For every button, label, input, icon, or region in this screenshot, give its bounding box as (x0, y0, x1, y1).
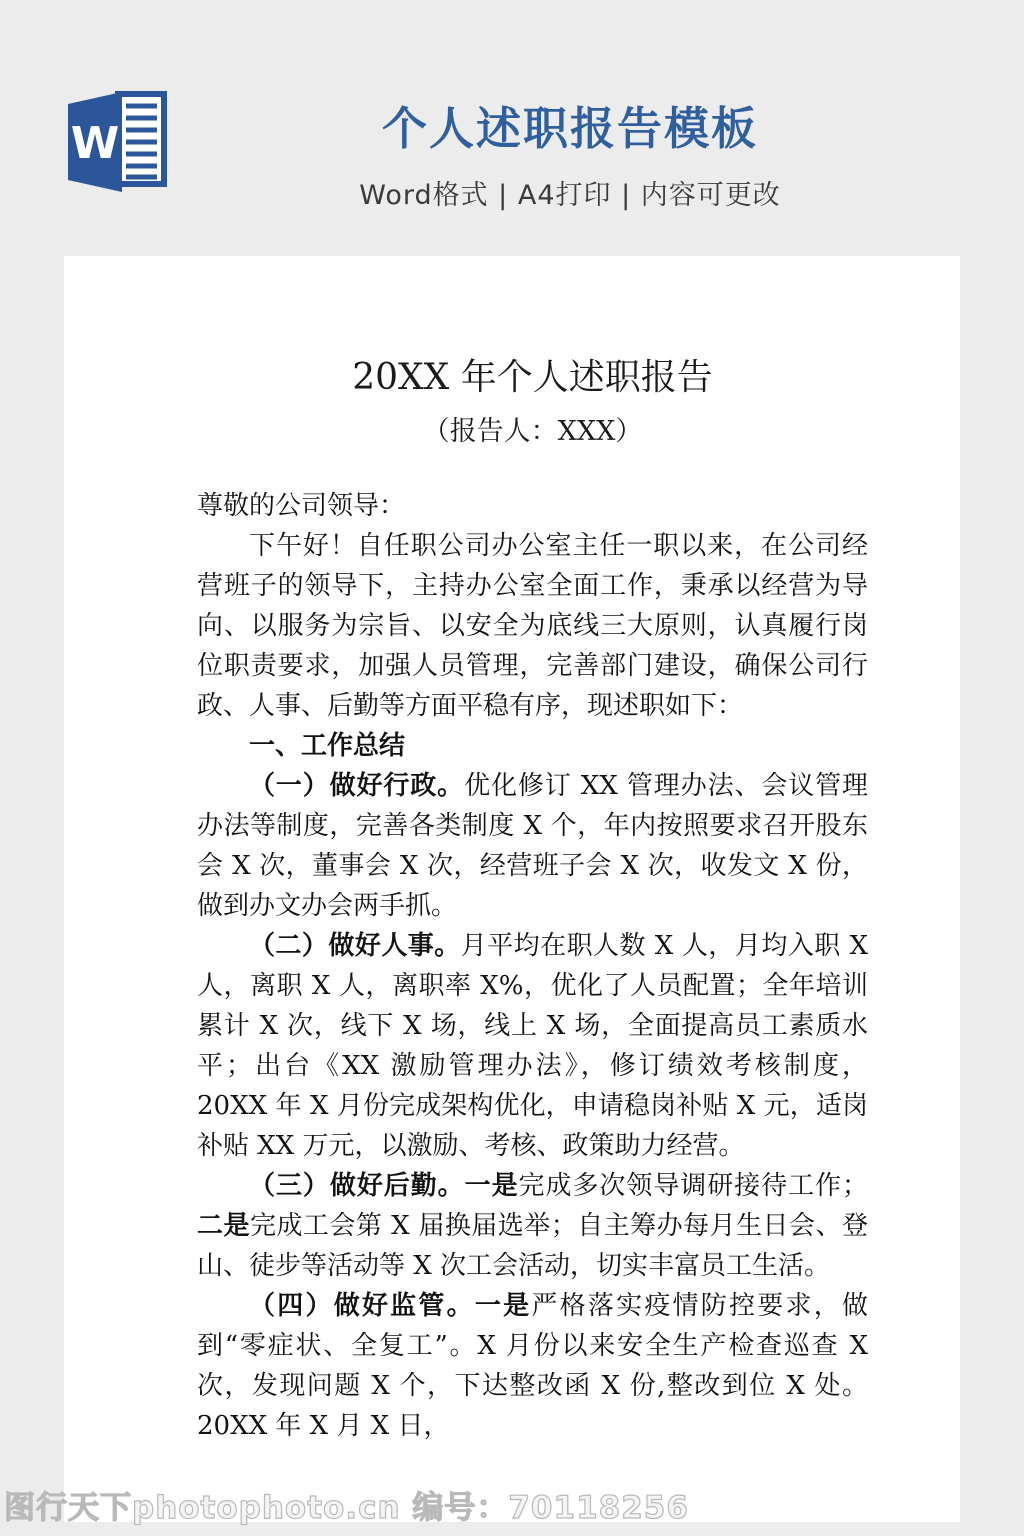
paragraph: （四）做好监管。一是严格落实疫情防控要求，做到“零症状、全复工”。X 月份以来安… (197, 1286, 868, 1446)
paragraph: （一）做好行政。优化修订 XX 管理办法、会议管理办法等制度，完善各类制度 X … (197, 766, 868, 926)
paragraph: 下午好！自任职公司办公室主任一职以来，在公司经营班子的领导下，主持办公室全面工作… (197, 526, 868, 726)
paragraph-run: 完成工会第 X 届换届选举；自主筹办每月生日会、登山、徒步等活动等 X 次工会活… (197, 1211, 868, 1281)
paragraph: （二）做好人事。月平均在职人数 X 人，月均入职 X 人，离职 X 人，离职率 … (197, 926, 868, 1166)
header: W 个人述职报告模板 Word格式 | A4打印 | 内容可更改 (0, 0, 1024, 230)
document-title: 20XX 年个人述职报告 (197, 354, 868, 402)
paragraph-run: 下午好！自任职公司办公室主任一职以来，在公司经营班子的领导下，主持办公室全面工作… (197, 531, 868, 721)
paragraph-run-bold: 一、工作总结 (249, 731, 405, 761)
template-subtitle: Word格式 | A4打印 | 内容可更改 (116, 173, 1024, 212)
paragraph-run-bold: （三）做好后勤。一是 (249, 1171, 519, 1201)
paragraph: 一、工作总结 (197, 726, 868, 766)
paragraph-run-bold: （四）做好监管。一是 (249, 1291, 531, 1321)
paragraph-run: 完成多次领导调研接待工作； (519, 1171, 868, 1201)
paragraph-run-bold: （二）做好人事。 (249, 931, 461, 961)
document-body: 尊敬的公司领导：下午好！自任职公司办公室主任一职以来，在公司经营班子的领导下，主… (197, 486, 868, 1446)
document-page: 20XX 年个人述职报告 （报告人：XXX） 尊敬的公司领导：下午好！自任职公司… (64, 256, 960, 1522)
paragraph: （三）做好后勤。一是完成多次领导调研接待工作；二是完成工会第 X 届换届选举；自… (197, 1166, 868, 1286)
paragraph-run: 尊敬的公司领导： (197, 491, 405, 521)
paragraph-run-bold: 二是 (197, 1211, 250, 1241)
template-title: 个人述职报告模板 (116, 92, 1024, 157)
document-byline: （报告人：XXX） (197, 414, 868, 450)
header-text: 个人述职报告模板 Word格式 | A4打印 | 内容可更改 (0, 92, 1024, 212)
paragraph: 尊敬的公司领导： (197, 486, 868, 526)
watermark: 图行天下photophoto.cn 编号：70118256 (4, 1482, 689, 1527)
paragraph-run-bold: （一）做好行政。 (249, 771, 464, 801)
paragraph-run: 月平均在职人数 X 人，月均入职 X 人，离职 X 人，离职率 X%，优化了人员… (197, 931, 868, 1161)
